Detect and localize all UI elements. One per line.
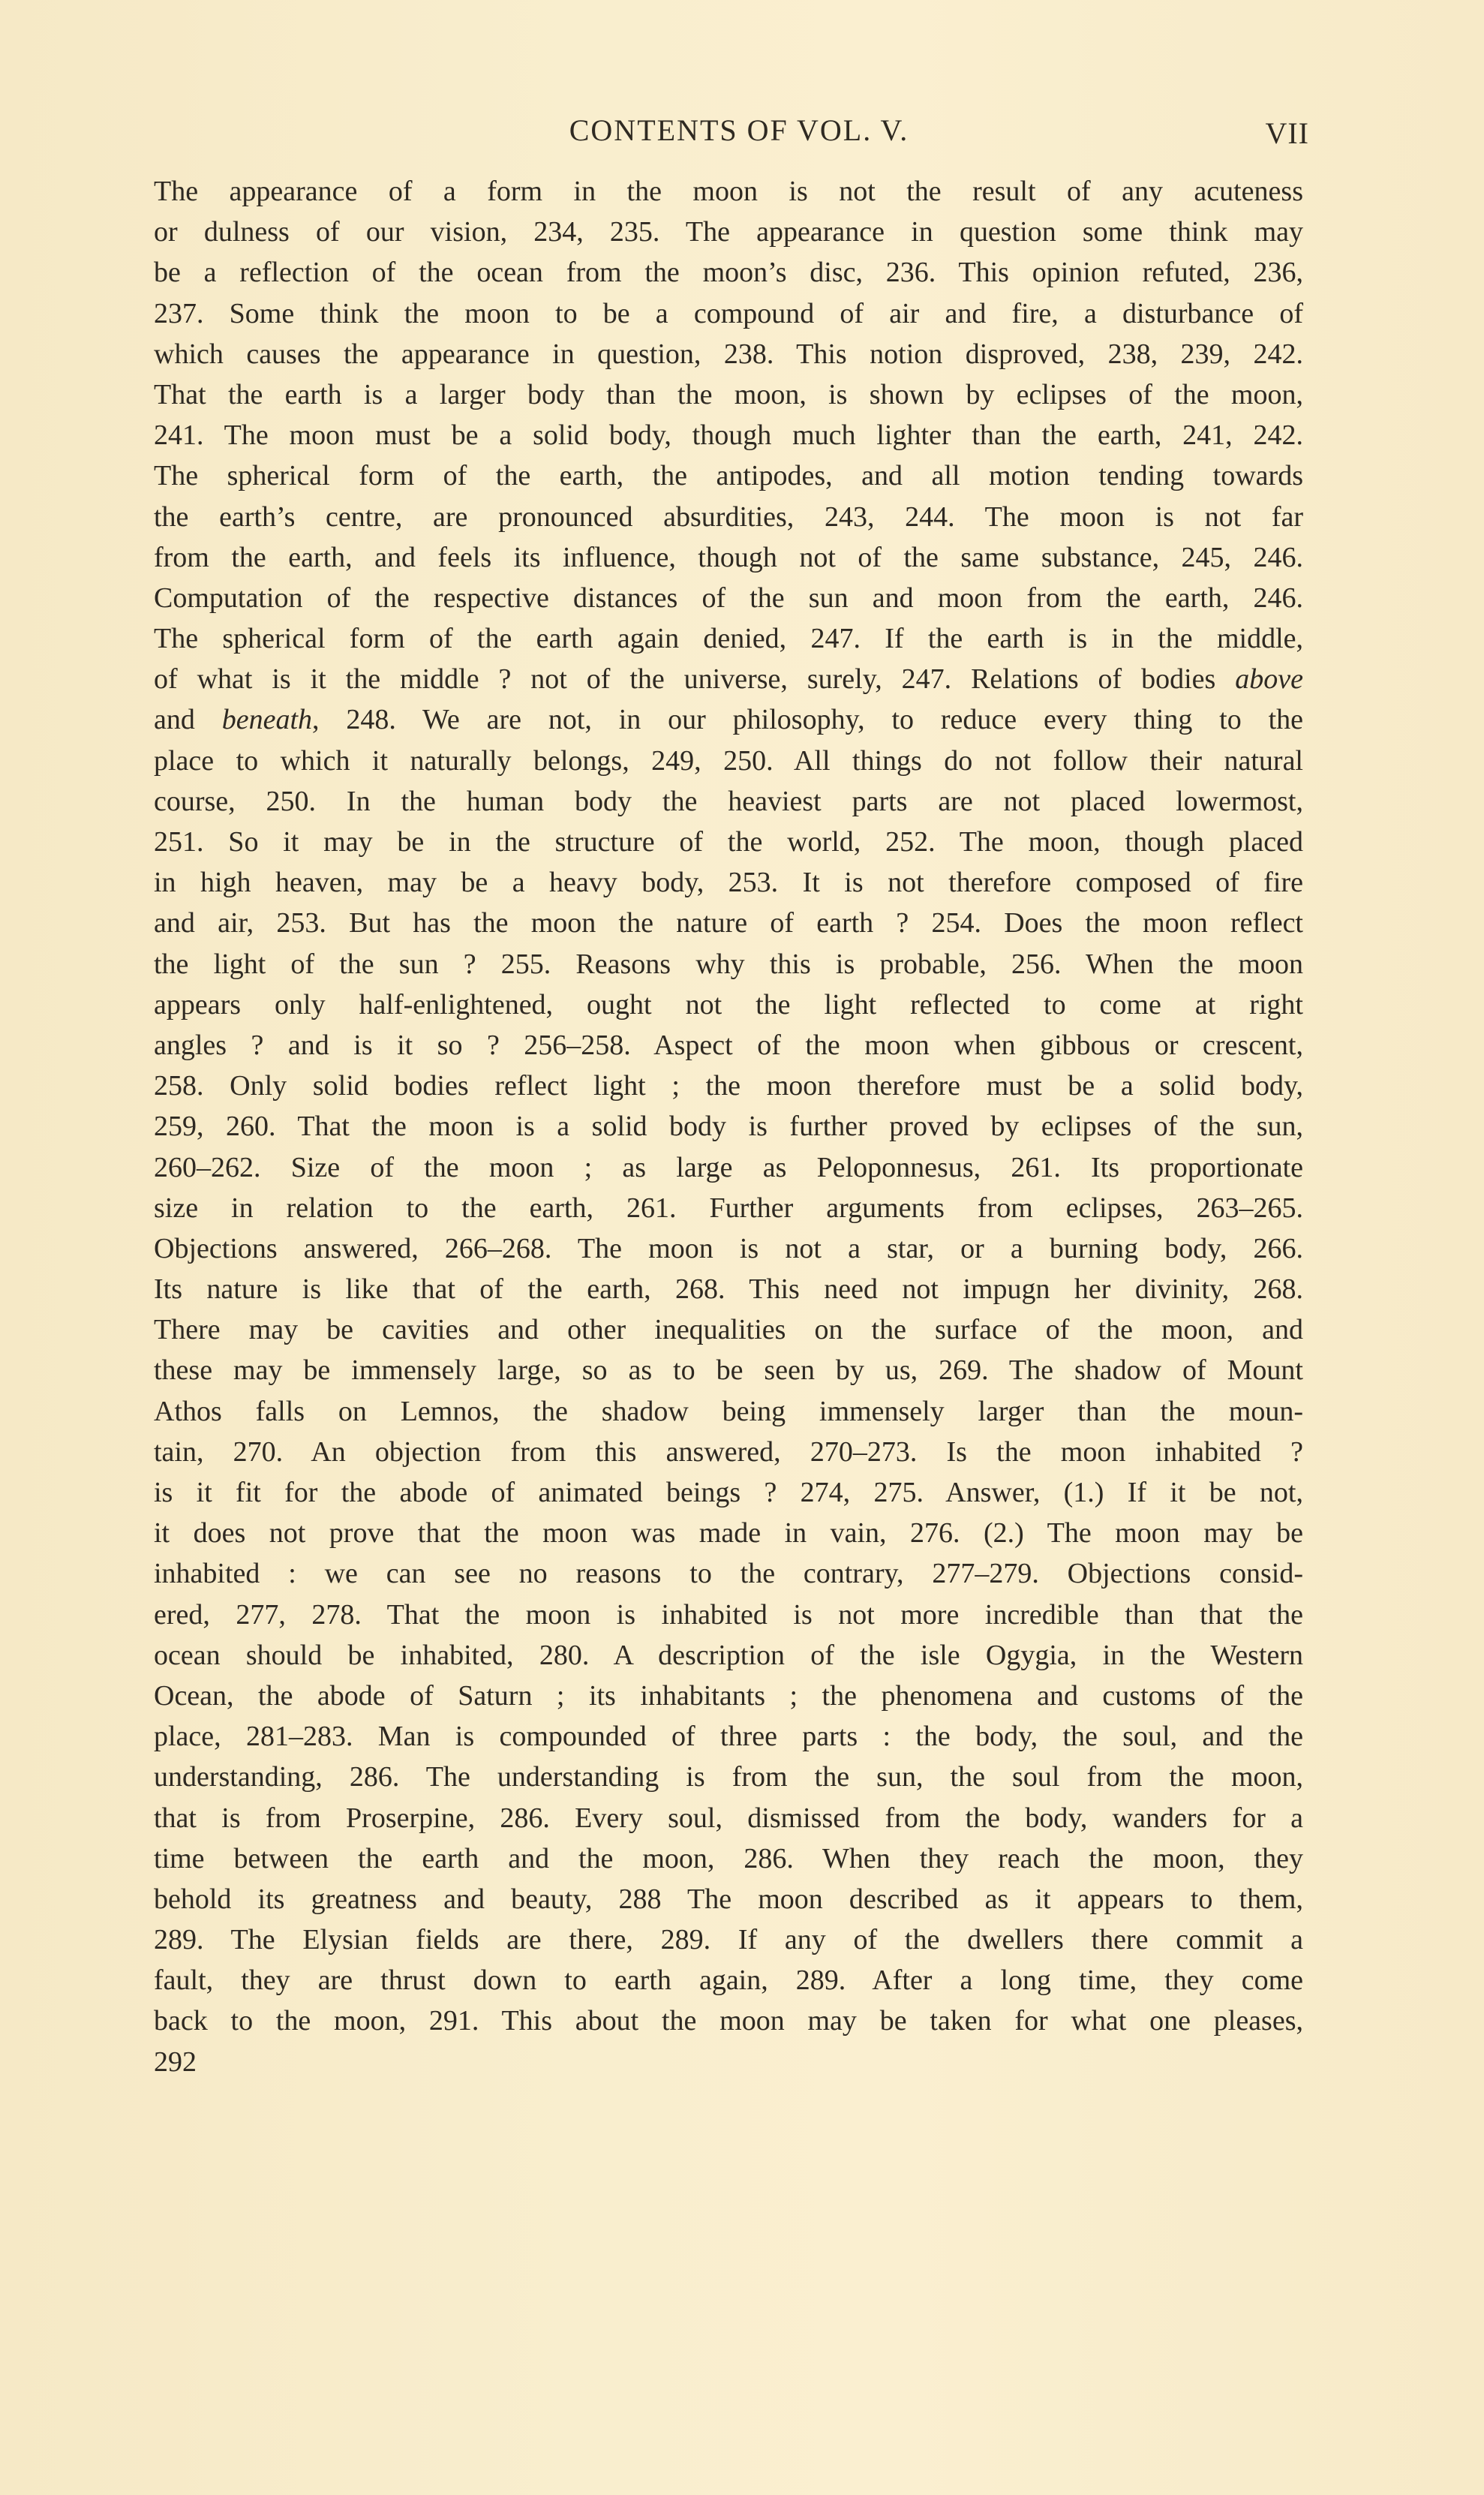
text-line: place, 281–283. Man is compounded of thr… <box>154 1716 1303 1757</box>
text-line: ered, 277, 278. That the moon is inhabit… <box>154 1595 1303 1635</box>
text-line: 251. So it may be in the structure of th… <box>154 822 1303 862</box>
text-line: the earth’s centre, are pronounced absur… <box>154 497 1303 537</box>
italic-word: beneath <box>222 704 312 735</box>
text-line: that is from Proserpine, 286. Every soul… <box>154 1798 1303 1838</box>
text-line: these may be immensely large, so as to b… <box>154 1350 1303 1390</box>
book-page: CONTENTS OF VOL. V. VII The appearance o… <box>0 0 1484 2495</box>
text-line: is it fit for the abode of animated bein… <box>154 1472 1303 1513</box>
text-line: 259, 260. That the moon is a solid body … <box>154 1106 1303 1147</box>
text-line: tain, 270. An objection from this answer… <box>154 1432 1303 1472</box>
running-title: CONTENTS OF VOL. V. <box>154 113 1305 148</box>
text-line: 289. The Elysian fields are there, 289. … <box>154 1919 1303 1960</box>
text-line: Computation of the respective distances … <box>154 578 1303 618</box>
text-line: place to which it naturally belongs, 249… <box>154 741 1303 781</box>
text-line: course, 250. In the human body the heavi… <box>154 781 1303 822</box>
contents-paragraph: The appearance of a form in the moon is … <box>154 171 1303 2123</box>
text-line: and beneath, 248. We are not, in our phi… <box>154 699 1303 740</box>
text-line: Objections answered, 266–268. The moon i… <box>154 1228 1303 1269</box>
text-line: time between the earth and the moon, 286… <box>154 1838 1303 1879</box>
text-line: angles ? and is it so ? 256–258. Aspect … <box>154 1025 1303 1066</box>
text-line: Athos falls on Lemnos, the shadow being … <box>154 1391 1303 1432</box>
text-line <box>154 2082 1303 2123</box>
text-line: understanding, 286. The understanding is… <box>154 1757 1303 1797</box>
text-line: Ocean, the abode of Saturn ; its inhabit… <box>154 1676 1303 1716</box>
text-line: or dulness of our vision, 234, 235. The … <box>154 212 1303 252</box>
text-line: The appearance of a form in the moon is … <box>154 171 1303 212</box>
text-line: That the earth is a larger body than the… <box>154 374 1303 415</box>
text-line: ocean should be inhabited, 280. A descri… <box>154 1635 1303 1676</box>
text-line: 260–262. Size of the moon ; as large as … <box>154 1147 1303 1188</box>
text-line: There may be cavities and other inequali… <box>154 1309 1303 1350</box>
text-line: 292 <box>154 2042 1303 2082</box>
text-line: appears only half-enlightened, ought not… <box>154 984 1303 1025</box>
italic-word: above <box>1235 663 1303 695</box>
text-line: The spherical form of the earth again de… <box>154 618 1303 659</box>
text-line: and air, 253. But has the moon the natur… <box>154 903 1303 943</box>
text-line: The spherical form of the earth, the ant… <box>154 455 1303 496</box>
text-line: fault, they are thrust down to earth aga… <box>154 1960 1303 2001</box>
text-line: behold its greatness and beauty, 288 The… <box>154 1879 1303 1919</box>
text-line: Its nature is like that of the earth, 26… <box>154 1269 1303 1309</box>
text-line: inhabited : we can see no reasons to the… <box>154 1553 1303 1594</box>
text-line: 237. Some think the moon to be a compoun… <box>154 293 1303 334</box>
text-line: of what is it the middle ? not of the un… <box>154 659 1303 699</box>
text-line: the light of the sun ? 255. Reasons why … <box>154 944 1303 984</box>
text-line: it does not prove that the moon was made… <box>154 1513 1303 1553</box>
text-line: which causes the appearance in question,… <box>154 334 1303 374</box>
text-line: back to the moon, 291. This about the mo… <box>154 2001 1303 2041</box>
page-number: VII <box>1265 116 1309 151</box>
text-line: 258. Only solid bodies reflect light ; t… <box>154 1066 1303 1106</box>
text-line: in high heaven, may be a heavy body, 253… <box>154 862 1303 903</box>
text-line: from the earth, and feels its influence,… <box>154 537 1303 578</box>
text-line: 241. The moon must be a solid body, thou… <box>154 415 1303 455</box>
text-line: size in relation to the earth, 261. Furt… <box>154 1188 1303 1228</box>
text-line: be a reflection of the ocean from the mo… <box>154 252 1303 293</box>
running-head: CONTENTS OF VOL. V. VII <box>154 113 1305 158</box>
